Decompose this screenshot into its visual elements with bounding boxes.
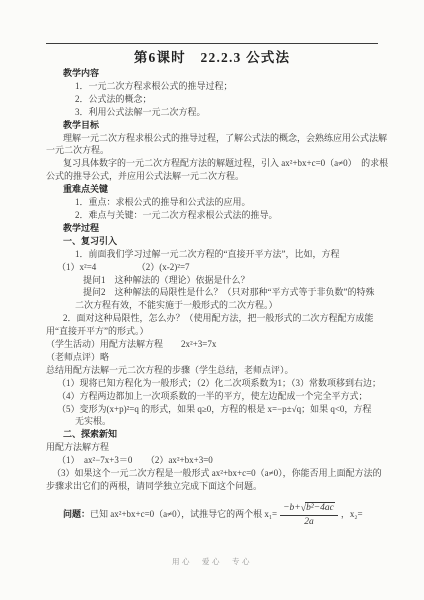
text-line: （学生活动）用配方法解方程 2x²+3=7x: [46, 338, 378, 351]
lesson-plan-page: 第6课时 22.2.3 公式法 教学内容1．一元二次方程求根公式的推导过程；2．…: [0, 0, 424, 600]
text-line: 步骤求出它们的两根，请同学独立完成下面这个问题。: [46, 480, 378, 493]
text-line: （4）方程两边都加上一次项系数的一半的平方，使左边配成一个完全平方式；: [57, 390, 378, 403]
problem-statement: 问题：已知 ax²+bx+c=0（a≠0），试推导它的两个根 x₁= −b+√b…: [63, 501, 378, 528]
heading-line: 教学目标: [63, 119, 378, 132]
heading-line: 一、复习引入: [63, 235, 378, 248]
text-line: （1）现将已知方程化为一般形式；（2）化二次项系数为1；（3）常数项移到右边；: [57, 377, 378, 390]
header-rule: [46, 43, 378, 44]
text-line: 2．公式法的概念；: [75, 93, 378, 106]
text-line: 1．前面我们学习过解一元二次方程的“直接开平方法”，比如，方程: [75, 248, 378, 261]
text-line: （1） ax²−7x+3＝0 （2）ax²+bx+3=0: [57, 454, 378, 467]
text-line: 2．面对这种局限性，怎么办？（使用配方法，把一般形式的二次方程配方成能: [63, 312, 378, 325]
text-line: 复习具体数字的一元二次方程配方法的解题过程，引入 ax²+bx+c=0（a≠0）…: [63, 157, 378, 170]
problem-suffix: ，x₂=: [341, 508, 363, 521]
page-footer: 用心 爱心 专心: [0, 556, 424, 567]
heading-line: 教学内容: [63, 67, 378, 80]
text-line: 用配方法解方程: [46, 441, 378, 454]
heading-line: 教学过程: [63, 222, 378, 235]
text-line: 3．利用公式法解一元二次方程。: [75, 106, 378, 119]
text-line: 用“直接开平方”的形式。）: [46, 325, 378, 338]
text-line: （3）如果这个一元二次方程是一般形式 ax²+bx+c=0（a≠0），你能否用上…: [52, 467, 378, 480]
text-line: 提问2 这种解法的局限性是什么？（只对那种“平方式等于非负数”的特殊: [83, 286, 378, 299]
text-line: 理解一元二次方程求根公式的推导过程，了解公式法的概念，会熟练应用公式法解: [63, 132, 378, 145]
problem-label: 问题：: [63, 508, 90, 521]
text-line: 公式的推导公式，并应用公式法解一元二次方程。: [46, 170, 378, 183]
document-body: 教学内容1．一元二次方程求根公式的推导过程；2．公式法的概念；3．利用公式法解一…: [46, 67, 378, 528]
text-line: 1．重点：求根公式的推导和公式法的应用。: [75, 196, 378, 209]
text-line: 2．难点与关键：一元二次方程求根公式法的推导。: [75, 209, 378, 222]
document-lines: 教学内容1．一元二次方程求根公式的推导过程；2．公式法的概念；3．利用公式法解一…: [46, 67, 378, 493]
page-title: 第6课时 22.2.3 公式法: [0, 46, 424, 66]
quadratic-formula-fraction: −b+√b²−4ac 2a: [280, 501, 338, 528]
text-line: （1）x²=4 （2）(x-2)²=7: [57, 261, 378, 274]
text-line: 总结用配方法解一元二次方程的步骤（学生总结，老师点评）。: [46, 364, 378, 377]
problem-prefix: 已知 ax²+bx+c=0（a≠0），试推导它的两个根 x₁=: [90, 508, 277, 521]
heading-line: 二、探索新知: [63, 428, 378, 441]
heading-line: 重难点关键: [63, 183, 378, 196]
text-line: （老师点评）略: [46, 351, 378, 364]
fraction-numerator: −b+√b²−4ac: [280, 501, 338, 516]
text-line: 1．一元二次方程求根公式的推导过程；: [75, 80, 378, 93]
radicand: b²−4ac: [305, 502, 335, 514]
text-line: 一元二次方程。: [46, 144, 378, 157]
text-line: 二次方程有效，不能实施于一般形式的二次方程。）: [75, 299, 378, 312]
fraction-denominator: 2a: [304, 516, 314, 528]
text-line: （5）变形为(x+p)²=q 的形式，如果 q≥0，方程的根是 x=−p±√q；…: [57, 403, 378, 416]
text-line: 提问1 这种解法的（理论）依据是什么？: [83, 274, 378, 287]
text-line: 无实根。: [75, 415, 378, 428]
numerator-prefix: −b+: [283, 503, 301, 514]
